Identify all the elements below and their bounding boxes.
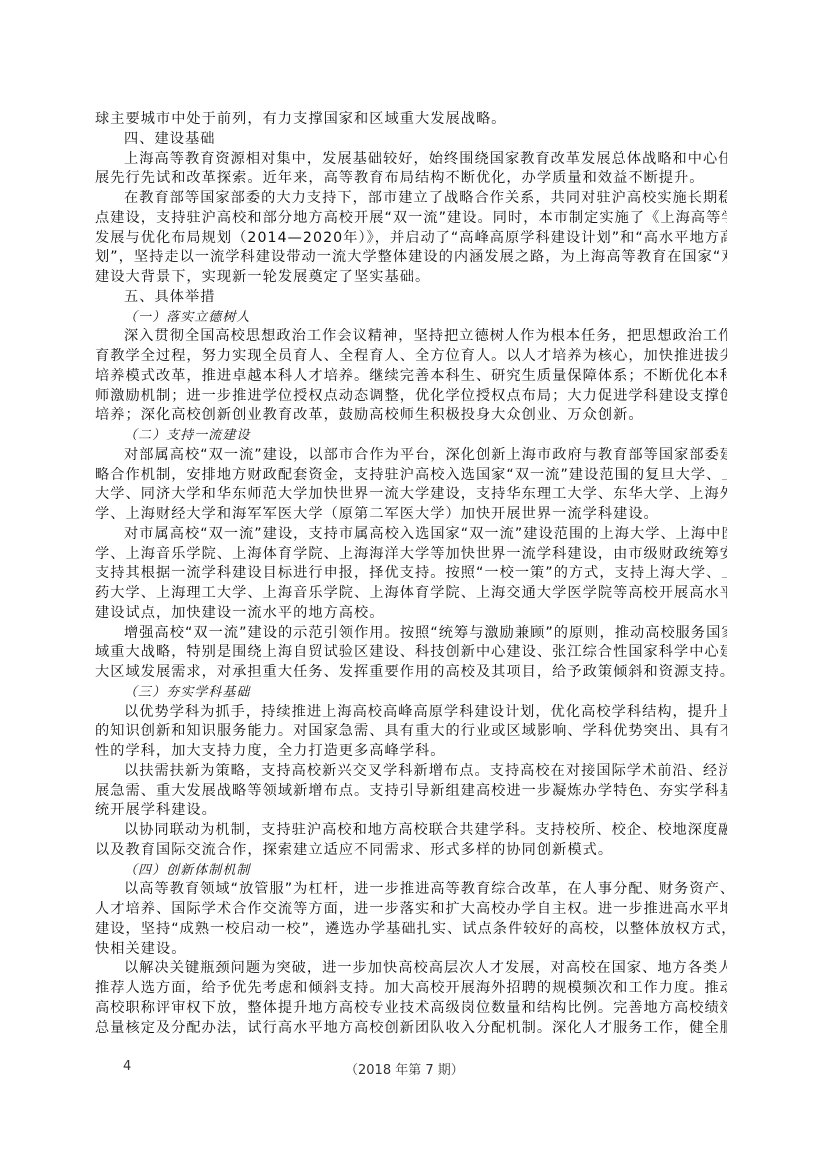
text-line: 以协同联动为机制，支持驻沪高校和地方高校联合共建学科。支持校所、校企、校地深度融… xyxy=(95,821,727,841)
text-line: 略合作机制，安排地方财政配套资金，支持驻沪高校入选国家“双一流”建设范围的复旦大… xyxy=(95,466,727,486)
page-number: 4 xyxy=(123,1059,131,1074)
text-line: 对市属高校“双一流”建设，支持市属高校入选国家“双一流”建设范围的上海大学、上海… xyxy=(95,525,727,545)
text-line: 深入贯彻全国高校思想政治工作会议精神，坚持把立德树人作为根本任务，把思想政治工作… xyxy=(95,327,727,347)
subsection-heading: （三）夯实学科基础 xyxy=(95,683,727,703)
text-line: 性的学科，加大支持力度，全力打造更多高峰学科。 xyxy=(95,742,727,762)
text-line: 大学、同济大学和华东师范大学加快世界一流大学建设，支持华东理工大学、东华大学、上… xyxy=(95,485,727,505)
text-line: 师激励机制；进一步推进学位授权点动态调整，优化学位授权点布局；大力促进学科建设支… xyxy=(95,387,727,407)
text-line: 人才培养、国际学术合作交流等方面，进一步落实和扩大高校办学自主权。进一步推进高水… xyxy=(95,900,727,920)
text-line: 对部属高校“双一流”建设，以部市合作为平台，深化创新上海市政府与教育部等国家部委… xyxy=(95,446,727,466)
text-line: 支持其根据一流学科建设目标进行申报，择优支持。按照“一校一策”的方式，支持上海大… xyxy=(95,564,727,584)
text-line: 以扶需扶新为策略，支持高校新兴交叉学科新增布点。支持高校在对接国际学术前沿、经济… xyxy=(95,762,727,782)
text-line: 以优势学科为抓手，持续推进上海高校高峰高原学科建设计划，优化高校学科结构，提升上… xyxy=(95,703,727,723)
text-line: 培养模式改革，推进卓越本科人才培养。继续完善本科生、研究生质量保障体系；不断优化… xyxy=(95,367,727,387)
text-line: 快相关建设。 xyxy=(95,940,727,960)
text-line: 药大学、上海理工大学、上海音乐学院、上海体育学院、上海交通大学医学院等高校开展高… xyxy=(95,584,727,604)
text-line: 的知识创新和知识服务能力。对国家急需、具有重大的行业或区域影响、学科优势突出、具… xyxy=(95,722,727,742)
text-line: 以解决关键瓶颈问题为突破，进一步加快高校高层次人才发展，对高校在国家、地方各类人… xyxy=(95,959,727,979)
text-line: 发展与优化布局规划（2014—2020年）》，并启动了“高峰高原学科建设计划”和… xyxy=(95,229,727,249)
text-line: 总量核定及分配办法，试行高水平地方高校创新团队收入分配机制。深化人才服务工作，健… xyxy=(95,1019,727,1039)
text-line: 上海高等教育资源相对集中，发展基础较好，始终围绕国家教育改革发展总体战略和中心任… xyxy=(95,150,727,170)
text-line: 展急需、重大发展战略等领域新增布点。支持引导新组建高校进一步凝炼办学特色、夯实学… xyxy=(95,782,727,802)
text-line: 大区域发展需求，对承担重大任务、发挥重要作用的高校及其项目，给予政策倾斜和资源支… xyxy=(95,663,727,683)
text-line: 展先行先试和改革探索。近年来，高等教育布局结构不断优化，办学质量和效益不断提升。 xyxy=(95,169,727,189)
section-heading: 四、建设基础 xyxy=(95,130,727,150)
subsection-heading: （一）落实立德树人 xyxy=(95,308,727,328)
issue-label: （2018 年第 7 期） xyxy=(345,1059,464,1078)
text-line: 在教育部等国家部委的大力支持下，部市建立了战略合作关系，共同对驻沪高校实施长期稳… xyxy=(95,189,727,209)
text-line: 增强高校“双一流”建设的示范引领作用。按照“统筹与激励兼顾”的原则，推动高校服务… xyxy=(95,624,727,644)
subsection-heading: （二）支持一流建设 xyxy=(95,426,727,446)
text-line: 域重大战略，特别是围绕上海自贸试验区建设、科技创新中心建设、张江综合性国家科学中… xyxy=(95,643,727,663)
page-footer: 4 （2018 年第 7 期） xyxy=(0,1059,827,1079)
text-line: 学、上海音乐学院、上海体育学院、上海海洋大学等加快世界一流学科建设，由市级财政统… xyxy=(95,545,727,565)
text-line: 推荐人选方面，给予优先考虑和倾斜支持。加大高校开展海外招聘的规模频次和工作力度。… xyxy=(95,979,727,999)
text-line: 以高等教育领域“放管服”为杠杆，进一步推进高等教育综合改革，在人事分配、财务资产… xyxy=(95,880,727,900)
text-line: 高校职称评审权下放，整体提升地方高校专业技术高级岗位数量和结构比例。完善地方高校… xyxy=(95,999,727,1019)
text-line: 建设试点，加快建设一流水平的地方高校。 xyxy=(95,604,727,624)
text-line: 建设大背景下，实现新一轮发展奠定了坚实基础。 xyxy=(95,268,727,288)
text-line: 培养；深化高校创新创业教育改革，鼓励高校师生积极投身大众创业、万众创新。 xyxy=(95,406,727,426)
text-line: 球主要城市中处于前列，有力支撑国家和区域重大发展战略。 xyxy=(95,110,727,130)
section-heading: 五、具体举措 xyxy=(95,288,727,308)
subsection-heading: （四）创新体制机制 xyxy=(95,861,727,881)
text-line: 划”，坚持走以一流学科建设带动一流大学整体建设的内涵发展之路，为上海高等教育在国… xyxy=(95,248,727,268)
text-line: 育教学全过程，努力实现全员育人、全程育人、全方位育人。以人才培养为核心，加快推进… xyxy=(95,347,727,367)
text-line: 学、上海财经大学和海军军医大学（原第二军医大学）加快开展世界一流学科建设。 xyxy=(95,505,727,525)
document-body: 球主要城市中处于前列，有力支撑国家和区域重大发展战略。四、建设基础上海高等教育资… xyxy=(95,110,727,1038)
text-line: 建设，坚持“成熟一校启动一校”，遴选办学基础扎实、试点条件较好的高校，以整体放权… xyxy=(95,920,727,940)
text-line: 统开展学科建设。 xyxy=(95,801,727,821)
text-line: 以及教育国际交流合作，探索建立适应不同需求、形式多样的协同创新模式。 xyxy=(95,841,727,861)
text-line: 点建设，支持驻沪高校和部分地方高校开展“双一流”建设。同时，本市制定实施了《上海… xyxy=(95,209,727,229)
